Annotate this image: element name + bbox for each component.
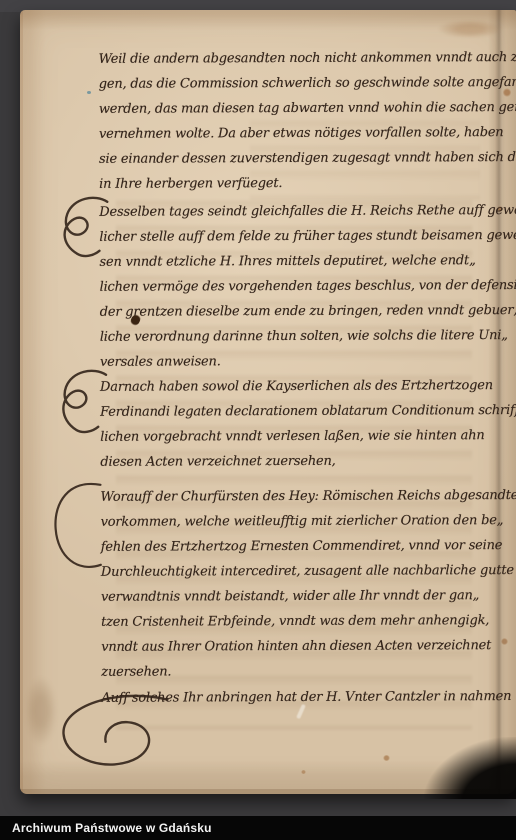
- manuscript-line: der grentzen dieselbe zum ende zu bringe…: [100, 298, 472, 325]
- manuscript-line: tzen Cristenheit Erbfeinde, vnndt was de…: [101, 608, 473, 635]
- manuscript-line: lichen vermöge des vorgehenden tages bes…: [100, 273, 472, 300]
- manuscript-line: werden, das man diesen tag abwarten vnnd…: [99, 95, 471, 122]
- manuscript-line: vnndt aus Ihrer Oration hinten ahn diese…: [101, 633, 473, 660]
- manuscript-line: sen vnndt etzliche H. Ihres mittels depu…: [99, 248, 471, 275]
- archival-scan-view: { "archive_bar": { "label": "Archiwum Pa…: [0, 0, 516, 840]
- manuscript-text-block: Weil die andern abgesandten noch nicht a…: [99, 45, 474, 711]
- manuscript-paragraph: Auff solches Ihr anbringen hat der H. Vn…: [101, 684, 473, 711]
- foxing-spot: [383, 755, 390, 761]
- manuscript-line: verwandtnis vnndt beistandt, wider alle …: [101, 583, 473, 610]
- foxing-spot: [301, 770, 306, 774]
- manuscript-line: Auff solches Ihr anbringen hat der H. Vn…: [101, 684, 473, 711]
- manuscript-line: fehlen des Ertzhertzog Ernesten Commendi…: [101, 533, 473, 560]
- manuscript-paragraph: Desselben tages seindt gleichfalles die …: [99, 198, 472, 375]
- manuscript-line: vernehmen wolte. Da aber etwas nötiges v…: [99, 120, 471, 147]
- manuscript-page: Weil die andern abgesandten noch nicht a…: [20, 10, 516, 794]
- manuscript-line: Worauff der Churfürsten des Hey: Römisch…: [100, 483, 472, 510]
- blue-speck: [87, 91, 91, 94]
- photo-background: Weil die andern abgesandten noch nicht a…: [0, 0, 516, 816]
- manuscript-line: licher stelle auff dem felde zu früher t…: [99, 223, 471, 250]
- manuscript-paragraph: Worauff der Churfürsten des Hey: Römisch…: [100, 483, 473, 685]
- manuscript-line: gen, das die Commission schwerlich so ge…: [99, 70, 471, 97]
- manuscript-line: versales anweisen.: [100, 348, 472, 375]
- archive-watermark-label: Archiwum Państwowe w Gdańsku: [12, 821, 212, 835]
- manuscript-line: Weil die andern abgesandten noch nicht a…: [99, 45, 471, 72]
- manuscript-line: in Ihre herbergen verfüeget.: [99, 170, 471, 197]
- manuscript-line: Darnach haben sowol die Kayserlichen als…: [100, 373, 472, 400]
- manuscript-line: Ferdinandi legaten declarationem oblatar…: [100, 398, 472, 425]
- manuscript-line: Durchleuchtigkeit intercediret, zusagent…: [101, 558, 473, 585]
- manuscript-paragraph: Weil die andern abgesandten noch nicht a…: [99, 45, 472, 197]
- manuscript-line: sie einander dessen zuverstendigen zuges…: [99, 145, 471, 172]
- archive-watermark-bar: Archiwum Państwowe w Gdańsku: [0, 816, 516, 840]
- manuscript-line: liche verordnung darinne thun solten, wi…: [100, 323, 472, 350]
- manuscript-line: lichen vorgebracht vnndt verlesen laßen,…: [100, 423, 472, 450]
- manuscript-paragraph: Darnach haben sowol die Kayserlichen als…: [100, 373, 472, 475]
- manuscript-line: diesen Acten verzeichnet zuersehen,: [100, 448, 472, 475]
- manuscript-line: zuersehen.: [101, 658, 473, 685]
- binding-shadow: [424, 737, 516, 799]
- manuscript-line: vorkommen, welche weitleufftig mit zierl…: [101, 508, 473, 535]
- manuscript-line: Desselben tages seindt gleichfalles die …: [99, 198, 471, 225]
- left-edge-discoloration: [26, 678, 56, 744]
